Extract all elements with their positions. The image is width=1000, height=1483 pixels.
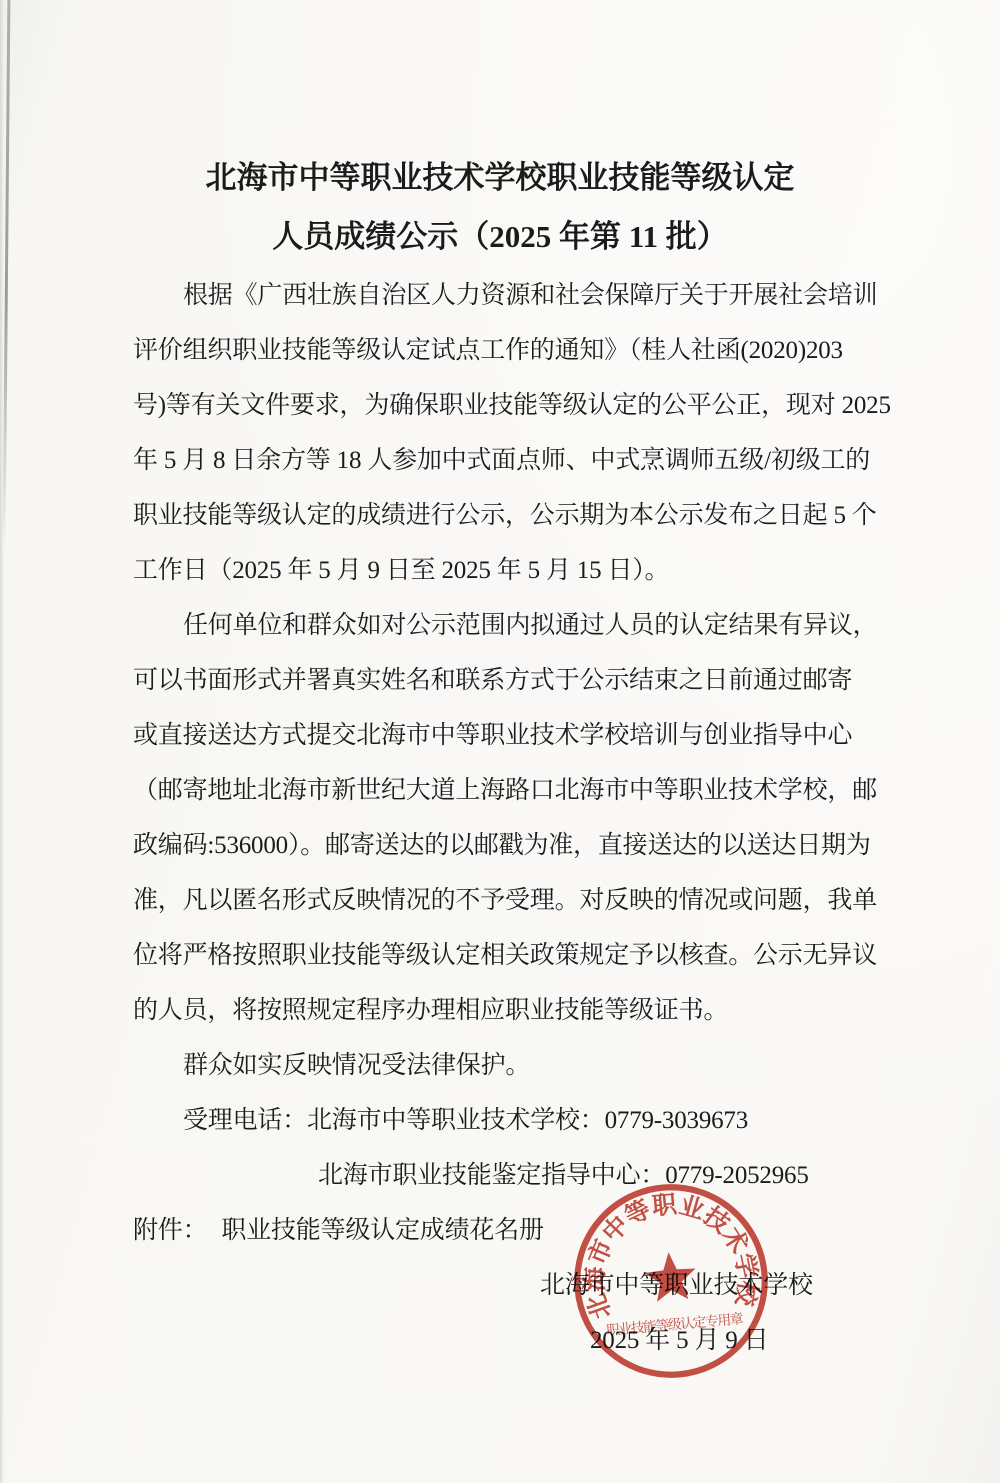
body-line: 的人员，将按照规定程序办理相应职业技能等级证书。	[133, 983, 883, 1038]
body-line: （邮寄地址北海市新世纪大道上海路口北海市中等职业技术学校，邮	[133, 763, 883, 818]
title-line-1: 北海市中等职业技术学校职业技能等级认定	[0, 148, 1000, 207]
body-line: 年 5 月 8 日余方等 18 人参加中式面点师、中式烹调师五级/初级工的	[133, 433, 883, 488]
body-line: 或直接送达方式提交北海市中等职业技术学校培训与创业指导中心	[133, 708, 883, 763]
contact-phone-line-1: 受理电话：北海市中等职业技术学校：0779-3039673	[133, 1093, 883, 1148]
document-body: 根据《广西壮族自治区人力资源和社会保障厅关于开展社会培训 评价组织职业技能等级认…	[133, 268, 883, 1368]
attachment-label: 附件：	[133, 1217, 207, 1244]
body-line: 评价组织职业技能等级认定试点工作的通知》（桂人社函(2020)203	[133, 323, 883, 378]
body-line: 政编码:536000）。邮寄送达的以邮戳为准，直接送达的以送达日期为	[133, 818, 883, 873]
seal-banner-text: 职业技能等级认定专用章	[605, 1310, 744, 1339]
star-icon	[643, 1250, 698, 1303]
body-line: 可以书面形式并署真实姓名和联系方式于公示结束之日前通过邮寄	[133, 653, 883, 708]
body-line: 任何单位和群众如对公示范围内拟通过人员的认定结果有异议，	[133, 598, 883, 653]
legal-protection-line: 群众如实反映情况受法律保护。	[133, 1038, 883, 1093]
attachment-text: 职业技能等级认定成绩花名册	[221, 1217, 543, 1244]
scanned-document-page: 北海市中等职业技术学校职业技能等级认定 人员成绩公示（2025 年第 11 批）…	[0, 0, 1000, 1483]
body-line: 准，凡以匿名形式反映情况的不予受理。对反映的情况或问题，我单	[133, 873, 883, 928]
document-title: 北海市中等职业技术学校职业技能等级认定 人员成绩公示（2025 年第 11 批）	[0, 148, 1000, 266]
body-line: 号)等有关文件要求，为确保职业技能等级认定的公平公正，现对 2025	[133, 378, 883, 433]
body-line: 根据《广西壮族自治区人力资源和社会保障厅关于开展社会培训	[133, 268, 883, 323]
title-line-2: 人员成绩公示（2025 年第 11 批）	[0, 207, 1000, 266]
official-seal-stamp: 北海市中等职业技术学校 职业技能等级认定专用章 4505021049751	[559, 1169, 782, 1392]
body-line: 职业技能等级认定的成绩进行公示，公示期为本公示发布之日起 5 个	[133, 488, 883, 543]
body-line: 位将严格按照职业技能等级认定相关政策规定予以核查。公示无异议	[133, 928, 883, 983]
body-line: 工作日（2025 年 5 月 9 日至 2025 年 5 月 15 日）。	[133, 543, 883, 598]
